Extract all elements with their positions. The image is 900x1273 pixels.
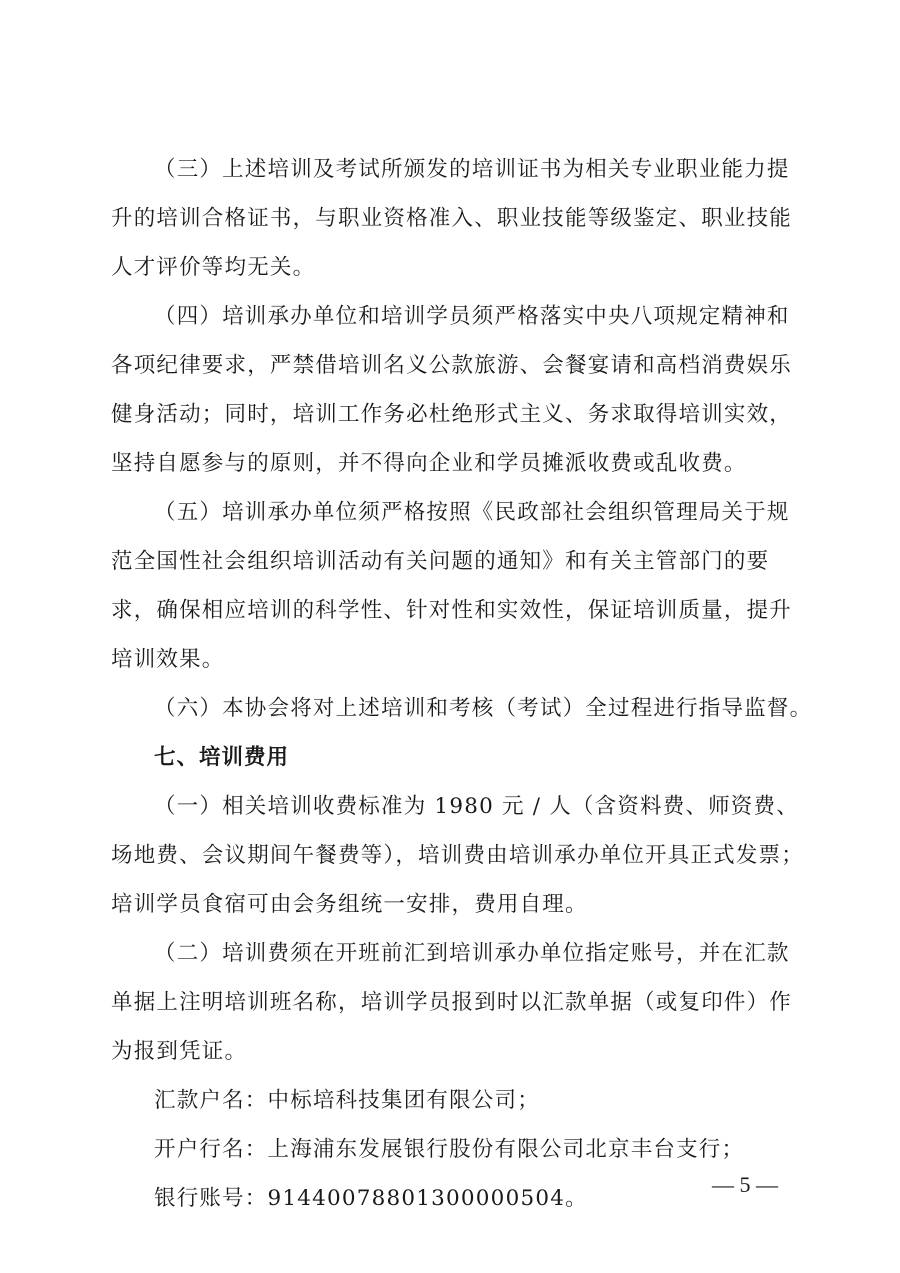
fee-paragraph-1-line-2: 场地费、会议期间午餐费等），培训费由培训承办单位开具正式发票； [111, 841, 791, 871]
paragraph-6-line-1: （六）本协会将对上述培训和考核（考试）全过程进行指导监督。 [154, 694, 834, 724]
section-heading: 七、培训费用 [154, 743, 834, 773]
paragraph-3-line-1: （三）上述培训及考试所颁发的培训证书为相关专业职业能力提 [154, 155, 834, 185]
fee-paragraph-2-line-2: 单据上注明培训班名称，培训学员报到时以汇款单据（或复印件）作 [111, 988, 791, 1018]
paragraph-5-line-2: 范全国性社会组织培训活动有关问题的通知》和有关主管部门的要 [111, 547, 791, 577]
paragraph-5-line-1: （五）培训承办单位须严格按照《民政部社会组织管理局关于规 [154, 498, 834, 528]
paragraph-3-line-3: 人才评价等均无关。 [111, 253, 791, 283]
fee-paragraph-2-line-3: 为报到凭证。 [111, 1037, 791, 1067]
fee-paragraph-2-line-1: （二）培训费须在开班前汇到培训承办单位指定账号，并在汇款 [154, 939, 834, 969]
bank-name: 开户行名：上海浦东发展银行股份有限公司北京丰台支行； [154, 1135, 834, 1165]
paragraph-4-line-2: 各项纪律要求，严禁借培训名义公款旅游、会餐宴请和高档消费娱乐 [111, 351, 791, 381]
document-page: （三）上述培训及考试所颁发的培训证书为相关专业职业能力提 升的培训合格证书，与职… [0, 0, 900, 1273]
fee-paragraph-1-line-1: （一）相关培训收费标准为 1980 元 / 人（含资料费、师资费、 [154, 792, 834, 822]
paragraph-4-line-4: 坚持自愿参与的原则，并不得向企业和学员摊派收费或乱收费。 [111, 449, 791, 479]
paragraph-4-line-1: （四）培训承办单位和培训学员须严格落实中央八项规定精神和 [154, 302, 834, 332]
paragraph-4-line-3: 健身活动；同时，培训工作务必杜绝形式主义、务求取得培训实效， [111, 400, 791, 430]
paragraph-5-line-3: 求，确保相应培训的科学性、针对性和实效性，保证培训质量，提升 [111, 596, 791, 626]
page-number: — 5 — [712, 1170, 778, 1200]
fee-paragraph-1-line-3: 培训学员食宿可由会务组统一安排，费用自理。 [111, 890, 791, 920]
bank-account-name: 汇款户名：中标培科技集团有限公司； [154, 1086, 834, 1116]
paragraph-5-line-4: 培训效果。 [111, 645, 791, 675]
paragraph-3-line-2: 升的培训合格证书，与职业资格准入、职业技能等级鉴定、职业技能 [111, 204, 791, 234]
